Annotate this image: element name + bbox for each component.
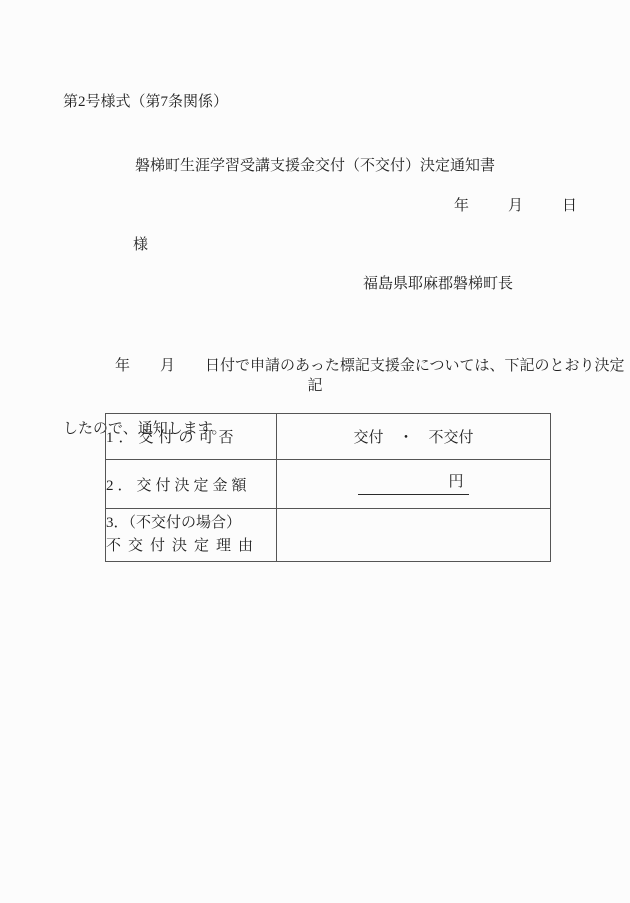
row2-label: 2．交付決定金額 xyxy=(106,478,251,494)
addressee-honorific: 様 xyxy=(133,236,148,254)
row1-label-cell: 1．交付の可否 xyxy=(106,414,277,460)
body-line-1: 年 月 日付で申請のあった標記支援金については、下記のとおり決定 xyxy=(63,356,575,377)
row2-label-cell: 2．交付決定金額 xyxy=(106,460,277,509)
row1-label: 1．交付の可否 xyxy=(106,430,239,446)
row2-value-cell: 円 xyxy=(277,460,551,509)
row3-label-line1: 3．（不交付の場合） xyxy=(106,512,276,535)
row3-value-cell xyxy=(277,509,551,562)
row1-value-cell: 交付 ・ 不交付 xyxy=(277,414,551,460)
table-row-denial-reason: 3．（不交付の場合） 不交付決定理由 xyxy=(106,509,551,562)
row1-value: 交付 ・ 不交付 xyxy=(353,430,473,446)
document-page: 第2号様式（第7条関係） 磐梯町生涯学習受講支援金交付（不交付）決定通知書 年 … xyxy=(0,0,630,903)
table-row-grant-decision: 1．交付の可否 交付 ・ 不交付 xyxy=(106,414,551,460)
date-line: 年 月 日 xyxy=(454,197,580,215)
decision-table: 1．交付の可否 交付 ・ 不交付 2．交付決定金額 円 3．（不交付の場合） 不… xyxy=(105,413,551,562)
row3-label-line2: 不交付決定理由 xyxy=(106,535,276,558)
row3-label-cell: 3．（不交付の場合） 不交付決定理由 xyxy=(106,509,277,562)
form-number: 第2号様式（第7条関係） xyxy=(63,93,228,111)
sender-line: 福島県耶麻郡磐梯町長 xyxy=(363,275,513,293)
table-row-grant-amount: 2．交付決定金額 円 xyxy=(106,460,551,509)
record-heading: 記 xyxy=(0,377,630,395)
amount-unit: 円 xyxy=(448,474,463,490)
amount-blank-line: 円 xyxy=(358,473,468,496)
document-title: 磐梯町生涯学習受講支援金交付（不交付）決定通知書 xyxy=(0,157,630,175)
